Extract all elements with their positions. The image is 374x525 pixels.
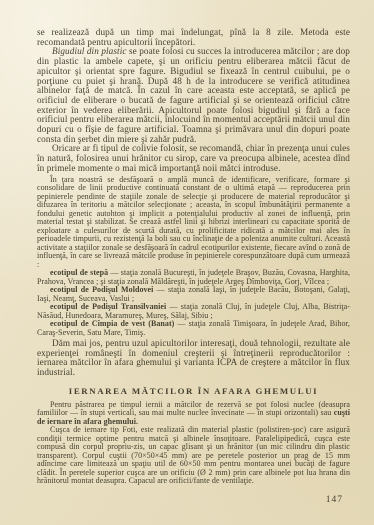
- paragraph-cusca-foti: Cuşca de iernare tip Foti, este realizat…: [37, 426, 350, 486]
- ecotype-item-stepa: ecotipul de stepă — staţia zonală Bucure…: [37, 269, 350, 286]
- paragraph-bigudiul-italic-lead: Bigudiul din plastic: [52, 46, 127, 56]
- ecotype-item-banat: ecotipul de Cîmpia de vest (Banat) — sta…: [37, 320, 350, 337]
- paragraph-oricare: Oricare ar fi tipul de colivie folosit, …: [37, 144, 350, 173]
- paragraph-tara-noastra: În ţara noastră se desfăşoară o amplă mu…: [37, 176, 350, 270]
- paragraph-method-conclusion: se realizează după un timp mai îndelunga…: [37, 28, 350, 47]
- ecotype-item-transilvaniei: ecotipul de Podişul Transilvaniei — staţ…: [37, 303, 350, 320]
- paragraph-pentru-pastrarea-text: Pentru păstrarea pe timpul iernii a mătc…: [37, 400, 350, 418]
- paragraph-pentru-pastrarea: Pentru păstrarea pe timpul iernii a mătc…: [37, 401, 350, 427]
- paragraph-dam-mai-jos: Dăm mai jos, pentru uzul apicultorilor i…: [37, 339, 350, 378]
- paragraph-bigudiul: Bigudiul din plastic se poate folosi cu …: [37, 47, 350, 144]
- scanned-book-page: se realizează după un timp mai îndelunga…: [0, 0, 374, 525]
- text-block: se realizează după un timp mai îndelunga…: [37, 28, 350, 486]
- page-number: 147: [326, 495, 343, 505]
- paragraph-bigudiul-rest: se poate folosi cu succes la introducere…: [37, 46, 350, 143]
- ecotype-item-moldovei: ecotipul de Podişul Moldovei — staţia zo…: [37, 286, 350, 303]
- section-heading-iernarea: IERNAREA MĂTCILOR ÎN AFARA GHEMULUI: [37, 386, 350, 396]
